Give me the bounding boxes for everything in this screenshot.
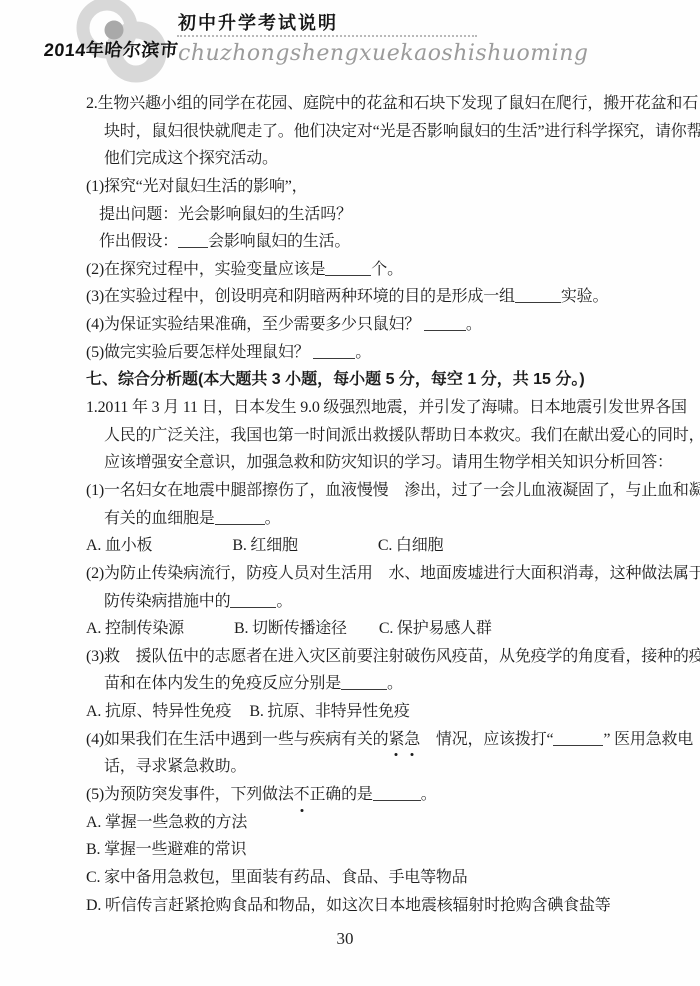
text-run: C. 家中备用急救包，里面装有药品、食品、手电等物品 xyxy=(86,869,467,886)
text-run: ” 医用急救电 xyxy=(603,731,693,748)
text-run: 作出假设： xyxy=(99,233,178,250)
text-run: 。 xyxy=(276,593,292,610)
text-run: A. 血小板 xyxy=(86,537,152,554)
text-run: A. 掌握一些急救的方法 xyxy=(86,814,247,831)
text-line: 他们完成这个探究活动。 xyxy=(104,145,700,173)
answer-blank xyxy=(553,732,603,746)
text-line: A. 掌握一些急救的方法 xyxy=(86,809,700,837)
text-run: 。 xyxy=(355,344,371,361)
text-line: C. 家中备用急救包，里面装有药品、食品、手电等物品 xyxy=(86,864,700,892)
text-run: (1)一名妇女在地震中腿部擦伤了，血液慢慢 渗出，过了一会儿血液凝固了，与止血和… xyxy=(86,482,700,499)
text-run: 实验。 xyxy=(561,288,608,305)
answer-blank xyxy=(230,594,276,608)
exam-page: 2014年哈尔滨市 初中升学考试说明 chuzhongshengxuekaosh… xyxy=(0,0,700,986)
text-run: 防传染病措施中的 xyxy=(104,593,230,610)
text-line: A. 血小板B. 红细胞C. 白细胞 xyxy=(86,532,700,560)
header-pinyin: chuzhongshengxuekaoshishuoming xyxy=(178,41,588,66)
text-run: 个。 xyxy=(371,261,403,278)
text-run: 有关的血细胞是 xyxy=(104,510,215,527)
text-run: (5)为预防突发事件，下列做法 xyxy=(86,786,294,803)
document-body: 2.生物兴趣小组的同学在花园、庭院中的花盆和石块下发现了鼠妇在爬行，搬开花盆和石… xyxy=(0,90,700,919)
text-run: B. 抗原、非特异性免疫 xyxy=(249,703,409,720)
text-run: 苗和在体内发生的免疫反应分别是 xyxy=(104,675,341,692)
text-run: (2)为防止传染病流行，防疫人员对生活用 水、地面废墟进行大面积消毒，这种做法属… xyxy=(86,565,700,582)
text-run: 1.2011 年 3 月 11 日，日本发生 9.0 级强烈地震，并引发了海啸。… xyxy=(86,399,687,416)
page-title: 初中升学考试说明 xyxy=(178,9,338,35)
text-run: D. 听信传言赶紧抢购食品和物品，如这次日本地震核辐射时抢购含碘食盐等 xyxy=(86,897,611,914)
text-line: A. 控制传染源B. 切断传播途径C. 保护易感人群 xyxy=(86,615,700,643)
text-run: 。 xyxy=(421,786,437,803)
text-run: C. 保护易感人群 xyxy=(379,620,492,637)
text-line: 1.2011 年 3 月 11 日，日本发生 9.0 级强烈地震，并引发了海啸。… xyxy=(86,394,700,422)
text-line: 有关的血细胞是。 xyxy=(104,505,700,533)
text-run: 。 xyxy=(387,675,403,692)
text-run: (1)探究“光对鼠妇生活的影响”， xyxy=(86,178,307,195)
text-run: B. 红细胞 xyxy=(232,537,297,554)
text-run: C. 白细胞 xyxy=(378,537,443,554)
text-run: (2)在探究过程中，实验变量应该是 xyxy=(86,261,325,278)
text-line: B. 掌握一些避难的常识 xyxy=(86,836,700,864)
text-run: 2.生物兴趣小组的同学在花园、庭院中的花盆和石块下发现了鼠妇在爬行，搬开花盆和石 xyxy=(86,95,698,112)
emphasized-text: 不 xyxy=(294,786,310,803)
text-run: 人民的广泛关注，我国也第一时间派出救援队帮助日本救灾。我们在献出爱心的同时，还 xyxy=(104,427,700,444)
answer-blank xyxy=(515,289,561,303)
text-run: (5)做完实验后要怎样处理鼠妇？ xyxy=(86,344,313,361)
text-line: 应该增强安全意识，加强急救和防灾知识的学习。请用生物学相关知识分析回答： xyxy=(104,449,700,477)
text-run: (4)为保证实验结果准确，至少需要多少只鼠妇？ xyxy=(86,316,424,333)
text-line: 2.生物兴趣小组的同学在花园、庭院中的花盆和石块下发现了鼠妇在爬行，搬开花盆和石 xyxy=(86,90,700,118)
emphasized-text: 紧急 xyxy=(388,731,420,748)
text-line: (5)做完实验后要怎样处理鼠妇？ 。 xyxy=(86,339,700,367)
text-run: 他们完成这个探究活动。 xyxy=(104,150,278,167)
answer-blank xyxy=(325,262,371,276)
text-run: (3)救 援队伍中的志愿者在进入灾区前要注射破伤风疫苗，从免疫学的角度看，接种的… xyxy=(86,648,700,665)
text-line: (2)为防止传染病流行，防疫人员对生活用 水、地面废墟进行大面积消毒，这种做法属… xyxy=(86,560,700,588)
text-run: 。 xyxy=(466,316,482,333)
answer-blank xyxy=(341,676,387,690)
text-run: 情况，应该拨打“ xyxy=(420,731,553,748)
text-run: (4)如果我们在生活中遇到一些与疾病有关的 xyxy=(86,731,388,748)
text-line: (5)为预防突发事件，下列做法不正确的是。 xyxy=(86,781,700,809)
text-line: (3)救 援队伍中的志愿者在进入灾区前要注射破伤风疫苗，从免疫学的角度看，接种的… xyxy=(86,643,700,671)
text-line: 作出假设：会影响鼠妇的生活。 xyxy=(99,228,700,256)
text-line: 防传染病措施中的。 xyxy=(104,588,700,616)
text-run: 会影响鼠妇的生活。 xyxy=(208,233,350,250)
text-run: 应该增强安全意识，加强急救和防灾知识的学习。请用生物学相关知识分析回答： xyxy=(104,454,673,471)
text-run: A. 抗原、特异性免疫 xyxy=(86,703,231,720)
text-run: 块时，鼠妇很快就爬走了。他们决定对“光是否影响鼠妇的生活”进行科学探究，请你帮助 xyxy=(104,123,700,140)
answer-blank xyxy=(215,511,265,525)
text-line: D. 听信传言赶紧抢购食品和物品，如这次日本地震核辐射时抢购含碘食盐等 xyxy=(86,892,700,920)
text-run: 正确的是 xyxy=(309,786,372,803)
answer-blank xyxy=(178,234,208,248)
text-line: (2)在探究过程中，实验变量应该是个。 xyxy=(86,256,700,284)
text-run: 提出问题：光会影响鼠妇的生活吗？ xyxy=(99,206,352,223)
text-line: (1)探究“光对鼠妇生活的影响”， xyxy=(86,173,700,201)
edition-label: 2014年哈尔滨市 xyxy=(43,36,180,62)
text-line: 块时，鼠妇很快就爬走了。他们决定对“光是否影响鼠妇的生活”进行科学探究，请你帮助 xyxy=(104,118,700,146)
text-run: A. 控制传染源 xyxy=(86,620,184,637)
text-line: 人民的广泛关注，我国也第一时间派出救援队帮助日本救灾。我们在献出爱心的同时，还 xyxy=(104,422,700,450)
answer-blank xyxy=(373,787,421,801)
text-line: 苗和在体内发生的免疫反应分别是。 xyxy=(104,670,700,698)
page-number: 30 xyxy=(0,929,690,949)
text-run: 话，寻求紧急救助。 xyxy=(104,758,246,775)
text-run: B. 切断传播途径 xyxy=(234,620,347,637)
text-run: B. 掌握一些避难的常识 xyxy=(86,841,246,858)
text-line: (1)一名妇女在地震中腿部擦伤了，血液慢慢 渗出，过了一会儿血液凝固了，与止血和… xyxy=(86,477,700,505)
header-divider xyxy=(177,35,477,37)
text-run: 。 xyxy=(265,510,281,527)
answer-blank xyxy=(424,317,466,331)
text-line: 七、综合分析题(本大题共 3 小题，每小题 5 分，每空 1 分，共 15 分。… xyxy=(86,366,700,394)
text-run: (3)在实验过程中，创设明亮和阴暗两种环境的目的是形成一组 xyxy=(86,288,515,305)
text-line: A. 抗原、特异性免疫B. 抗原、非特异性免疫 xyxy=(86,698,700,726)
text-line: (3)在实验过程中，创设明亮和阴暗两种环境的目的是形成一组实验。 xyxy=(86,283,700,311)
text-run: 七、综合分析题(本大题共 3 小题，每小题 5 分，每空 1 分，共 15 分。… xyxy=(86,371,585,388)
answer-blank xyxy=(313,345,355,359)
text-line: (4)如果我们在生活中遇到一些与疾病有关的紧急 情况，应该拨打“” 医用急救电 xyxy=(86,726,700,754)
text-line: (4)为保证实验结果准确，至少需要多少只鼠妇？ 。 xyxy=(86,311,700,339)
text-line: 话，寻求紧急救助。 xyxy=(104,753,700,781)
text-line: 提出问题：光会影响鼠妇的生活吗？ xyxy=(99,201,700,229)
